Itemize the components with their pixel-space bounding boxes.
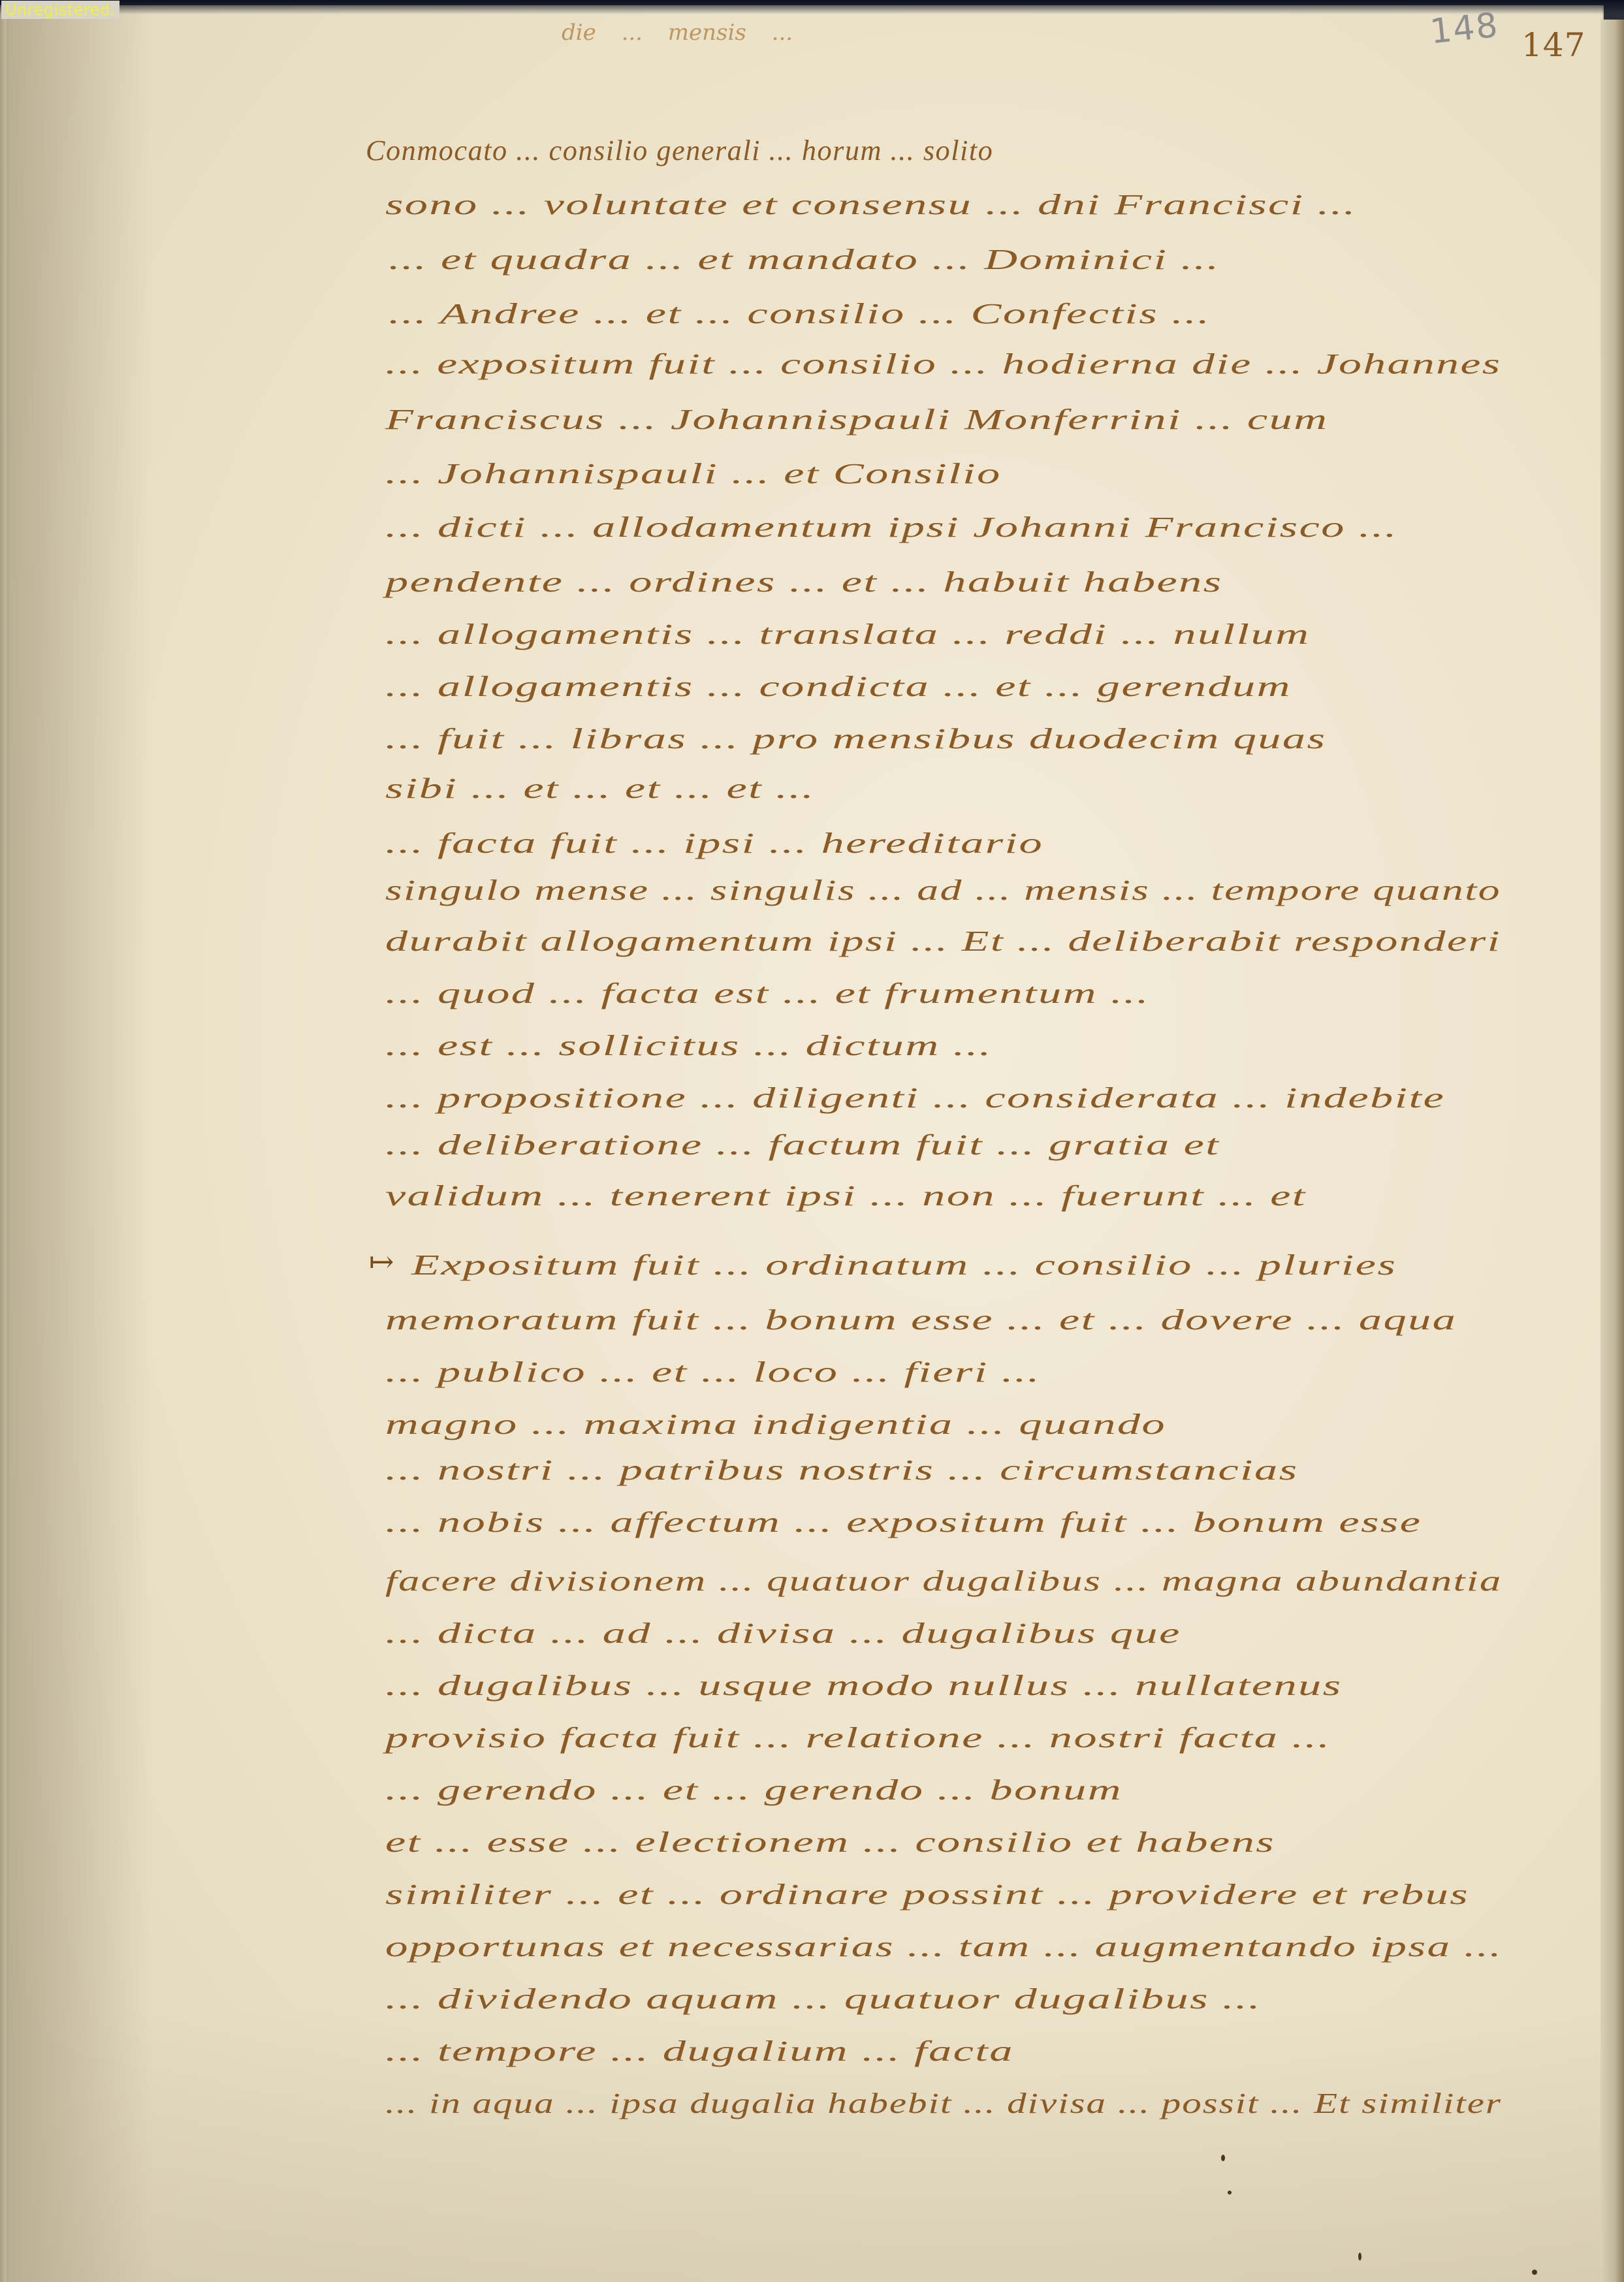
text-line: durabit allogamentum ipsi ... Et ... del…: [385, 925, 1501, 958]
text-line: ... Johannispauli ... et Consilio: [385, 457, 1002, 490]
text-line: Conmocato ... consilio generali ... horu…: [366, 134, 1502, 167]
text-line: ... gerendo ... et ... gerendo ... bonum: [385, 1773, 1122, 1807]
unregistered-watermark: Unregistered.: [1, 1, 119, 19]
manuscript-text: Conmocato ... consilio generali ... horu…: [0, 0, 1624, 2282]
text-line: ... publico ... et ... loco ... fieri ..…: [385, 1355, 1041, 1389]
text-line: singulo mense ... singulis ... ad ... me…: [385, 874, 1501, 907]
text-line: ... dividendo aquam ... quatuor dugalibu…: [385, 1982, 1262, 2016]
text-line-paragraph-start: Expositum fuit ... ordinatum ... consili…: [411, 1248, 1397, 1282]
text-line: ... dicta ... ad ... divisa ... dugalibu…: [385, 1617, 1181, 1650]
text-line: magno ... maxima indigentia ... quando: [385, 1408, 1166, 1441]
text-line: ... in aqua ... ipsa dugalia habebit ...…: [385, 2087, 1502, 2120]
text-line: ... dugalibus ... usque modo nullus ... …: [385, 1669, 1342, 1702]
ink-spot: [1228, 2191, 1232, 2195]
text-line: ... facta fuit ... ipsi ... hereditario: [385, 827, 1043, 860]
text-line: similiter ... et ... ordinare possint ..…: [385, 1878, 1469, 1911]
ink-spot: [1221, 2155, 1225, 2161]
text-line: pendente ... ordines ... et ... habuit h…: [385, 565, 1222, 599]
text-line: ... dicti ... allodamentum ipsi Johanni …: [385, 511, 1398, 544]
text-line: facere divisionem ... quatuor dugalibus …: [385, 1564, 1502, 1598]
text-line: et ... esse ... electionem ... consilio …: [385, 1826, 1275, 1859]
text-line: ... deliberatione ... factum fuit ... gr…: [385, 1128, 1220, 1162]
text-line: sono ... voluntate et consensu ... dni F…: [385, 188, 1357, 221]
text-line: ... nostri ... patribus nostris ... circ…: [385, 1453, 1298, 1487]
text-line: validum ... tenerent ipsi ... non ... fu…: [385, 1179, 1307, 1212]
ink-spot: [1358, 2253, 1361, 2260]
text-line: memoratum fuit ... bonum esse ... et ...…: [385, 1303, 1457, 1337]
text-line: ... expositum fuit ... consilio ... hodi…: [385, 347, 1501, 381]
text-line: ... propositione ... diligenti ... consi…: [385, 1081, 1445, 1115]
text-line: sibi ... et ... et ... et ...: [385, 772, 815, 805]
text-line: opportunas et necessarias ... tam ... au…: [385, 1930, 1503, 1963]
text-line: ... et quadra ... et mandato ... Dominic…: [389, 243, 1220, 276]
text-line: Franciscus ... Johannispauli Monferrini …: [385, 403, 1328, 436]
text-line: ... allogamentis ... condicta ... et ...…: [385, 670, 1292, 703]
ink-spot: [1532, 2270, 1537, 2275]
text-line: ... nobis ... affectum ... expositum fui…: [385, 1506, 1422, 1539]
text-line: ... quod ... facta est ... et frumentum …: [385, 977, 1150, 1010]
text-line: ... Andree ... et ... consilio ... Confe…: [389, 297, 1211, 330]
text-line: ... allogamentis ... translata ... reddi…: [385, 618, 1310, 651]
text-line: provisio facta fuit ... relatione ... no…: [385, 1721, 1331, 1754]
text-line: ... tempore ... dugalium ... facta: [385, 2035, 1014, 2068]
text-line: ... fuit ... libras ... pro mensibus duo…: [385, 722, 1326, 755]
text-line: ... est ... sollicitus ... dictum ...: [385, 1029, 993, 1062]
